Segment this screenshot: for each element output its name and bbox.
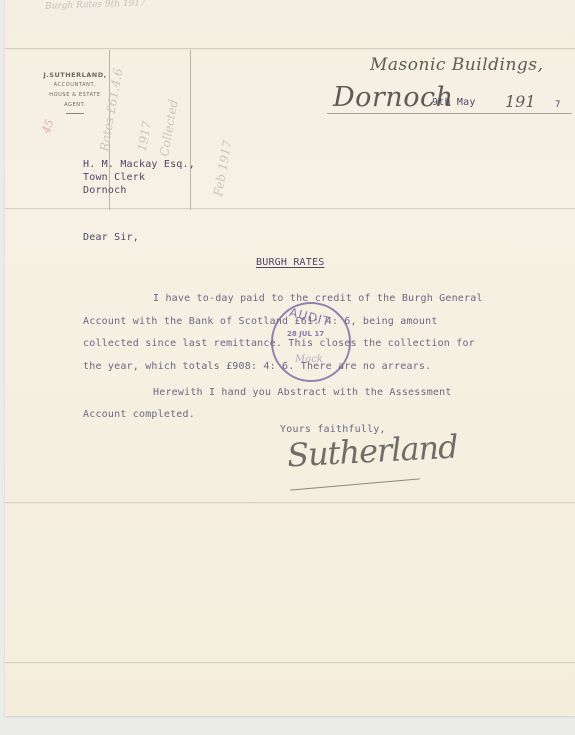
letter-paper: Burgh Rates 9th 1917 J.SUTHERLAND, ACCOU…	[5, 0, 575, 716]
body-line: Account completed.	[83, 409, 195, 420]
recipient-name: H. M. Mackay Esq.,	[83, 159, 195, 170]
salutation: Dear Sir,	[83, 232, 139, 243]
archive-pencil-note: Burgh Rates 9th 1917	[45, 0, 146, 12]
fold-crease	[5, 48, 575, 50]
pencil-note: Feb 1917	[211, 139, 235, 197]
pencil-note: Collected	[157, 98, 181, 157]
recipient-title: Town Clerk	[83, 172, 145, 183]
document-scan: Burgh Rates 9th 1917 J.SUTHERLAND, ACCOU…	[0, 0, 575, 735]
signature-flourish	[290, 478, 420, 490]
letterhead-rule	[66, 113, 84, 114]
fold-crease	[5, 502, 575, 504]
stamp-word: AUDIT	[288, 305, 332, 329]
fold-crease	[5, 208, 575, 210]
year-typed: 7	[555, 100, 561, 110]
stamp-initials: Mack	[295, 354, 323, 365]
recipient-town: Dornoch	[83, 185, 127, 196]
stamp-date: 28 JUL 17	[287, 330, 324, 338]
audit-stamp: AUDIT 28 JUL 17 Mack	[271, 302, 351, 382]
column-rule	[190, 50, 191, 210]
body-line: Herewith I hand you Abstract with the As…	[153, 387, 452, 398]
body-line: the year, which totals £908: 4: 6. There…	[83, 361, 431, 372]
date-typed: 9th May	[432, 97, 476, 108]
letterhead-line: ACCOUNTANT,	[32, 80, 118, 90]
subject-heading: BURGH RATES	[256, 257, 324, 268]
address-building: Masonic Buildings,	[370, 55, 543, 75]
letterhead-name: J.SUTHERLAND,	[32, 70, 118, 80]
signature: Sutherland	[286, 428, 458, 475]
date-rule	[327, 113, 572, 114]
pencil-note: 1917	[135, 120, 154, 153]
red-pencil-mark: 45	[39, 118, 56, 136]
year-printed: 191	[505, 92, 536, 111]
fold-crease	[5, 662, 575, 664]
body-line: Account with the Bank of Scotland £61: 4…	[83, 316, 438, 327]
